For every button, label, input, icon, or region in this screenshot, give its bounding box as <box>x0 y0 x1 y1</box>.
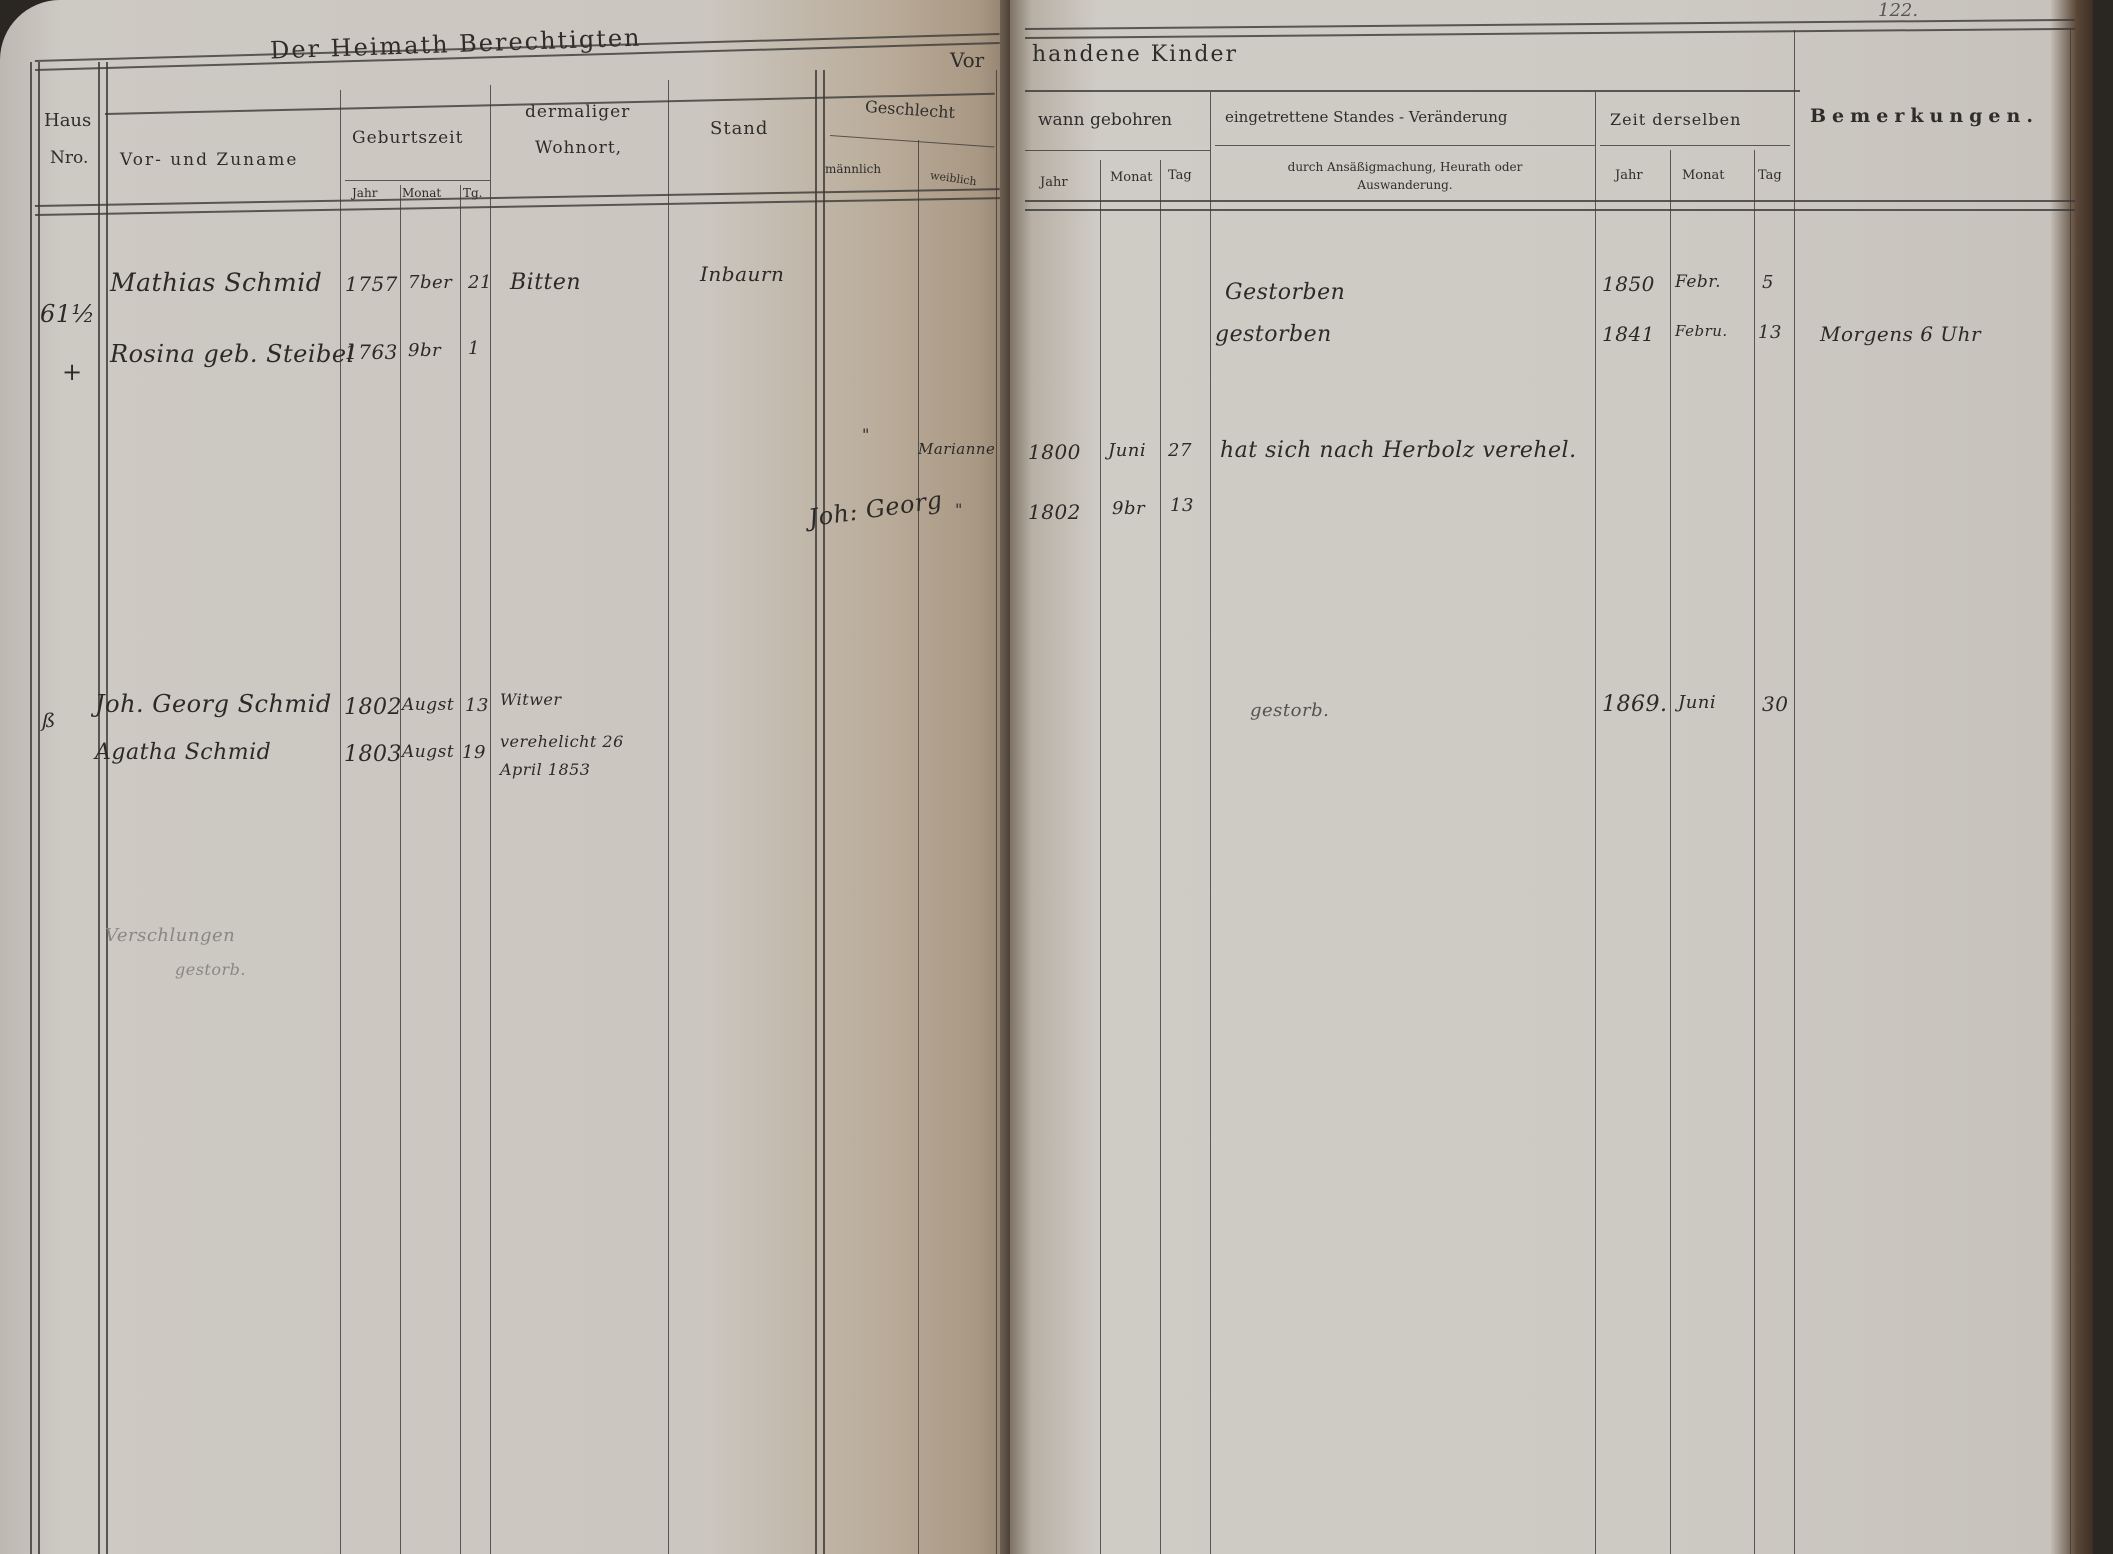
weiblich-header: weiblich <box>929 169 977 188</box>
entry-4-child-male: Joh: Georg <box>807 486 944 533</box>
r-entry-5-zeit-monat: Juni <box>1678 692 1716 713</box>
col-line-wohnort <box>490 85 491 1554</box>
geburtszeit-header: Geburtszeit <box>352 128 463 148</box>
r-entry-3-kind-jahr: 1800 <box>1028 440 1081 464</box>
kinder-underline <box>1025 90 1800 92</box>
entry-6-monat: Augst <box>402 742 454 762</box>
r-entry-1-veraenderung: Gestorben <box>1225 280 1345 305</box>
haus-label: Haus <box>44 110 91 131</box>
col-line-zeit-tag <box>1754 150 1755 1554</box>
r-entry-5-veraenderung: gestorb. <box>1250 700 1329 721</box>
col-line-tag <box>460 185 461 1554</box>
wann-subrule <box>1025 150 1210 151</box>
col-line-monat <box>400 185 401 1554</box>
geburtszeit-subrule <box>345 180 490 181</box>
entry-5-monat: Augst <box>402 695 454 715</box>
name-header: Vor- und Zuname <box>120 150 298 170</box>
top-rule-right <box>1025 19 2075 39</box>
r-entry-1-zeit-tag: 5 <box>1762 272 1774 293</box>
col-line-right-edge <box>2070 30 2071 1554</box>
r-entry-3-veraenderung: hat sich nach Herbolz verehel. <box>1220 438 1577 463</box>
entry-4-mark-female: " <box>955 500 963 519</box>
col-line-jahr <box>340 90 341 1554</box>
entry-6-tag: 19 <box>462 742 486 763</box>
r-entry-4-kind-tag: 13 <box>1170 495 1194 516</box>
geb-tag-header: Tg. <box>463 186 483 200</box>
name-col-border <box>98 62 108 1554</box>
wohnort-header-2: Wohnort, <box>535 138 622 158</box>
entry-6-wohnort: verehelicht 26 April 1853 <box>500 728 650 784</box>
geschlecht-subrule <box>830 135 995 148</box>
wann-gebohren-header: wann gebohren <box>1038 110 1172 130</box>
entry-3-mark-male: " <box>862 425 870 444</box>
right-page: 122. handene Kinder wann gebohren Jahr M… <box>1010 0 2093 1554</box>
veraenderung-subrule <box>1215 145 1595 146</box>
entry-1-stand: Inbaurn <box>700 262 784 286</box>
r-entry-3-kind-tag: 27 <box>1168 440 1192 461</box>
r-entry-2-zeit-monat: Febru. <box>1675 322 1728 340</box>
entry-1-monat: 7ber <box>408 272 452 293</box>
geb-jahr-header: Jahr <box>352 186 377 200</box>
haus-col-border <box>30 62 40 1554</box>
r-entry-5-zeit-tag: 30 <box>1762 692 1788 716</box>
zeit-monat-header: Monat <box>1682 168 1725 183</box>
col-line-kind-monat <box>1100 160 1101 1554</box>
entry-2-jahr: 1763 <box>345 340 398 364</box>
r-entry-2-zeit-tag: 13 <box>1758 322 1782 343</box>
zeit-subrule <box>1600 145 1790 146</box>
entry-1-tag: 21 <box>468 272 492 293</box>
kind-jahr-header: Jahr <box>1040 175 1068 190</box>
zeit-derselben-header: Zeit derselben <box>1610 110 1741 129</box>
maennlich-header: männlich <box>825 162 881 176</box>
r-entry-4-kind-monat: 9br <box>1112 498 1145 519</box>
entry-3-child-female: Marianne <box>918 440 995 458</box>
r-entry-5-zeit-jahr: 1869. <box>1602 692 1667 717</box>
entry-6-jahr: 1803 <box>344 742 402 767</box>
entry-5-wohnort: Witwer <box>500 690 562 709</box>
geschlecht-header: Geschlecht <box>864 97 955 122</box>
left-page: Der Heimath Berechtigten Vor Haus Nro. V… <box>0 0 1010 1554</box>
zeit-jahr-header: Jahr <box>1615 168 1643 183</box>
col-line-bemerkungen <box>1794 30 1795 1554</box>
entry-2-haus-nro: + <box>62 358 83 386</box>
vorhandene-part1: Vor <box>950 48 984 72</box>
r-entry-1-zeit-monat: Febr. <box>1675 272 1721 292</box>
col-line-geschlecht <box>815 70 825 1554</box>
r-entry-3-kind-monat: Juni <box>1108 440 1146 461</box>
header-bottom-rule-right <box>1025 200 2075 211</box>
bemerkungen-header: Bemerkungen. <box>1810 105 2039 127</box>
wohnort-header-1: dermaliger <box>525 102 630 122</box>
col-line-kind-tag <box>1160 160 1161 1554</box>
r-entry-2-veraenderung: gestorben <box>1215 322 1332 347</box>
entry-1-jahr: 1757 <box>345 272 398 296</box>
veraenderung-sub-header: durch Ansäßigmachung, Heurath oder Auswa… <box>1240 158 1570 194</box>
entry-2-tag: 1 <box>468 338 480 359</box>
entry-5-name: Joh. Georg Schmid <box>95 690 332 718</box>
page-number: 122. <box>1878 0 1918 21</box>
header-bottom-rule <box>35 188 1000 216</box>
kind-monat-header: Monat <box>1110 170 1153 185</box>
r-entry-2-zeit-jahr: 1841 <box>1602 322 1655 346</box>
nro-label: Nro. <box>50 148 88 168</box>
entry-2-monat: 9br <box>408 340 441 361</box>
entry-5-jahr: 1802 <box>344 695 402 720</box>
entry-1-wohnort: Bitten <box>510 270 581 295</box>
faint-note-line1: Verschlungen <box>105 925 235 946</box>
col-line-zeit-monat <box>1670 150 1671 1554</box>
entry-1-haus-nro: 61½ <box>40 300 95 328</box>
col-line-zeit <box>1595 92 1596 1554</box>
col-line-edge <box>996 70 997 1554</box>
entry-5-tag: 13 <box>465 695 489 716</box>
kind-tag-header: Tag <box>1168 168 1192 183</box>
r-entry-4-kind-jahr: 1802 <box>1028 500 1081 524</box>
col-line-veraenderung <box>1210 92 1211 1554</box>
entry-6-name: Agatha Schmid <box>95 740 271 765</box>
col-line-weiblich <box>918 140 919 1554</box>
stand-header: Stand <box>710 118 768 139</box>
entry-5-haus-nro: ß <box>42 708 56 732</box>
entry-2-name: Rosina geb. Steibel <box>110 340 355 368</box>
entry-1-name: Mathias Schmid <box>110 268 322 297</box>
geb-monat-header: Monat <box>402 186 441 200</box>
vorhandene-part2: handene Kinder <box>1032 42 1238 67</box>
zeit-tag-header: Tag <box>1758 168 1782 183</box>
r-entry-2-bemerkung: Morgens 6 Uhr <box>1820 322 1981 346</box>
col-line-stand <box>668 80 669 1554</box>
faint-note-line2: gestorb. <box>175 960 246 979</box>
r-entry-1-zeit-jahr: 1850 <box>1602 272 1655 296</box>
veraenderung-header: eingetrettene Standes - Veränderung <box>1225 108 1508 126</box>
